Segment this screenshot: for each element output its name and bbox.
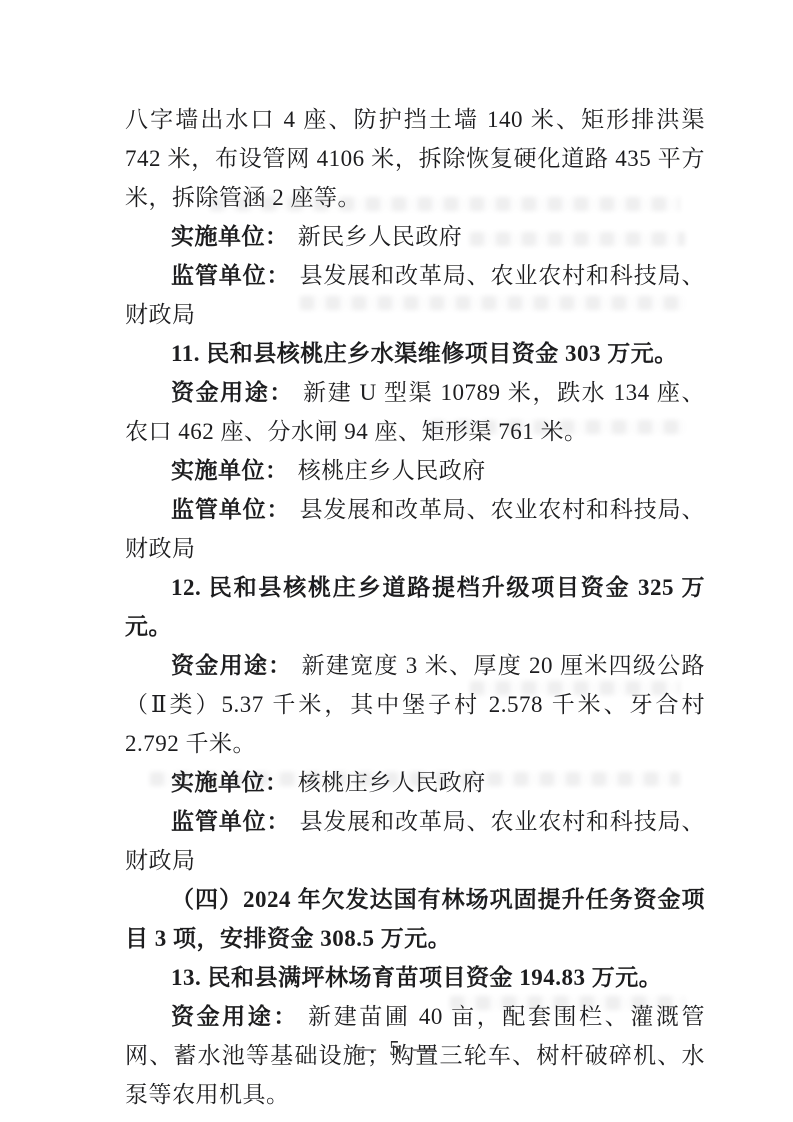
- supervising-unit-line-2: 监管单位：县发展和改革局、农业农村和科技局、财政局: [125, 490, 705, 568]
- field-label: 实施单位：: [171, 458, 289, 483]
- field-value: 核桃庄乡人民政府: [298, 458, 486, 483]
- field-label: 资金用途：: [171, 653, 292, 678]
- field-label: 监管单位：: [171, 497, 290, 522]
- fund-usage-line-11: 资金用途：新建 U 型渠 10789 米，跌水 134 座、农口 462 座、分…: [125, 373, 705, 451]
- field-label: 监管单位：: [171, 263, 290, 288]
- field-label: 监管单位：: [171, 809, 290, 834]
- document-body: 八字墙出水口 4 座、防护挡土墙 140 米、矩形排洪渠 742 米，布设管网 …: [125, 100, 705, 1114]
- project-heading-13: 13. 民和县满坪林场育苗项目资金 194.83 万元。: [125, 958, 705, 997]
- project-heading-12: 12. 民和县核桃庄乡道路提档升级项目资金 325 万元。: [125, 568, 705, 646]
- page-number: — 5 —: [0, 1036, 793, 1061]
- supervising-unit-line-1: 监管单位：县发展和改革局、农业农村和科技局、财政局: [125, 256, 705, 334]
- project-heading-11: 11. 民和县核桃庄乡水渠维修项目资金 303 万元。: [125, 334, 705, 373]
- field-label: 实施单位：: [171, 770, 289, 795]
- supervising-unit-line-3: 监管单位：县发展和改革局、农业农村和科技局、财政局: [125, 802, 705, 880]
- continuation-paragraph: 八字墙出水口 4 座、防护挡土墙 140 米、矩形排洪渠 742 米，布设管网 …: [125, 100, 705, 217]
- field-label: 实施单位：: [171, 224, 289, 249]
- field-value: 新民乡人民政府: [298, 224, 463, 249]
- field-value: 核桃庄乡人民政府: [298, 770, 486, 795]
- section-heading-4: （四）2024 年欠发达国有林场巩固提升任务资金项目 3 项，安排资金 308.…: [125, 880, 705, 958]
- fund-usage-line-12: 资金用途：新建宽度 3 米、厚度 20 厘米四级公路（Ⅱ类）5.37 千米，其中…: [125, 646, 705, 763]
- field-label: 资金用途：: [171, 380, 294, 405]
- implementing-unit-line-2: 实施单位：核桃庄乡人民政府: [125, 451, 705, 490]
- implementing-unit-line-3: 实施单位：核桃庄乡人民政府: [125, 763, 705, 802]
- field-label: 资金用途：: [171, 1004, 299, 1029]
- document-page: 八字墙出水口 4 座、防护挡土墙 140 米、矩形排洪渠 742 米，布设管网 …: [0, 0, 793, 1122]
- implementing-unit-line-1: 实施单位：新民乡人民政府: [125, 217, 705, 256]
